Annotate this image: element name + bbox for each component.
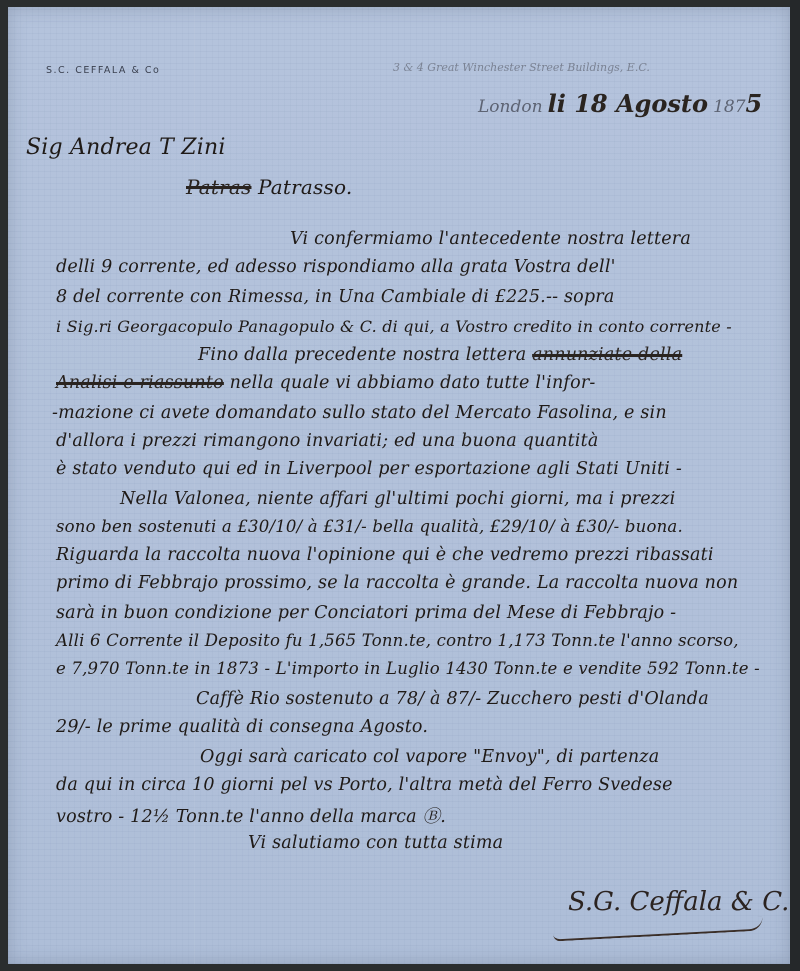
- body-line-6: Analisi e riassunto nella quale vi abbia…: [56, 373, 596, 393]
- dateline-year-hand: 5: [746, 89, 763, 118]
- body-line-5-text: Fino dalla precedente nostra lettera: [198, 345, 526, 365]
- body-line-6-text: nella quale vi abbiamo dato tutte l'info…: [230, 373, 596, 393]
- signature: S.G. Ceffala & C.: [568, 887, 789, 917]
- body-line-2: delli 9 corrente, ed adesso rispondiamo …: [56, 257, 616, 277]
- dateline-date: li 18 Agosto: [548, 89, 708, 118]
- addressee-city: Patrasso.: [258, 175, 352, 199]
- body-line-3: 8 del corrente con Rimessa, in Una Cambi…: [56, 287, 614, 307]
- addressee-name: Sig Andrea T Zini: [26, 135, 226, 160]
- body-line-17: Caffè Rio sostenuto a 78/ à 87/- Zuccher…: [196, 689, 709, 709]
- body-line-9: è stato venduto qui ed in Liverpool per …: [56, 459, 682, 479]
- body-line-16: e 7,970 Tonn.te in 1873 - L'importo in L…: [56, 659, 760, 678]
- body-line-14: sarà in buon condizione per Conciatori p…: [56, 603, 676, 623]
- body-line-1: Vi confermiamo l'antecedente nostra lett…: [290, 229, 691, 249]
- signature-flourish: [553, 917, 763, 942]
- scan-border: [790, 0, 800, 971]
- body-line-13: primo di Febbrajo prossimo, se la raccol…: [56, 573, 738, 593]
- addressee-city-line: Patras Patrasso.: [186, 175, 352, 199]
- body-line-12: Riguarda la raccolta nuova l'opinione qu…: [56, 545, 714, 565]
- body-line-4: i Sig.ri Georgacopulo Panagopulo & C. di…: [56, 317, 732, 336]
- letterhead-address: 3 & 4 Great Winchester Street Buildings,…: [393, 61, 650, 74]
- letter-page: S.C. CEFFALA & Co 3 & 4 Great Winchester…: [8, 7, 790, 964]
- struck-text-1: annunziate della: [532, 345, 682, 365]
- body-line-10: Nella Valonea, niente affari gl'ultimi p…: [120, 489, 675, 509]
- body-line-20: da qui in circa 10 giorni pel vs Porto, …: [56, 775, 673, 795]
- dateline-year-printed: 187: [713, 97, 745, 117]
- dateline-place: London: [478, 97, 543, 117]
- closing: Vi salutiamo con tutta stima: [248, 833, 503, 853]
- body-line-19: Oggi sarà caricato col vapore "Envoy", d…: [200, 747, 659, 767]
- letterhead-company: S.C. CEFFALA & Co: [46, 65, 160, 76]
- dateline: London li 18 Agosto 1875: [478, 89, 762, 118]
- body-line-5: Fino dalla precedente nostra lettera ann…: [198, 345, 682, 365]
- body-line-18: 29/- le prime qualità di consegna Agosto…: [56, 717, 428, 737]
- body-line-11: sono ben sostenuti a £30/10/ à £31/- bel…: [56, 517, 683, 536]
- body-line-8: d'allora i prezzi rimangono invariati; e…: [56, 431, 598, 451]
- body-line-15: Alli 6 Corrente il Deposito fu 1,565 Ton…: [56, 631, 739, 650]
- body-line-21: vostro - 12½ Tonn.te l'anno della marca …: [56, 803, 446, 828]
- body-line-7: -mazione ci avete domandato sullo stato …: [52, 403, 667, 423]
- struck-text-2: Analisi e riassunto: [56, 373, 224, 393]
- struck-word: Patras: [186, 175, 251, 199]
